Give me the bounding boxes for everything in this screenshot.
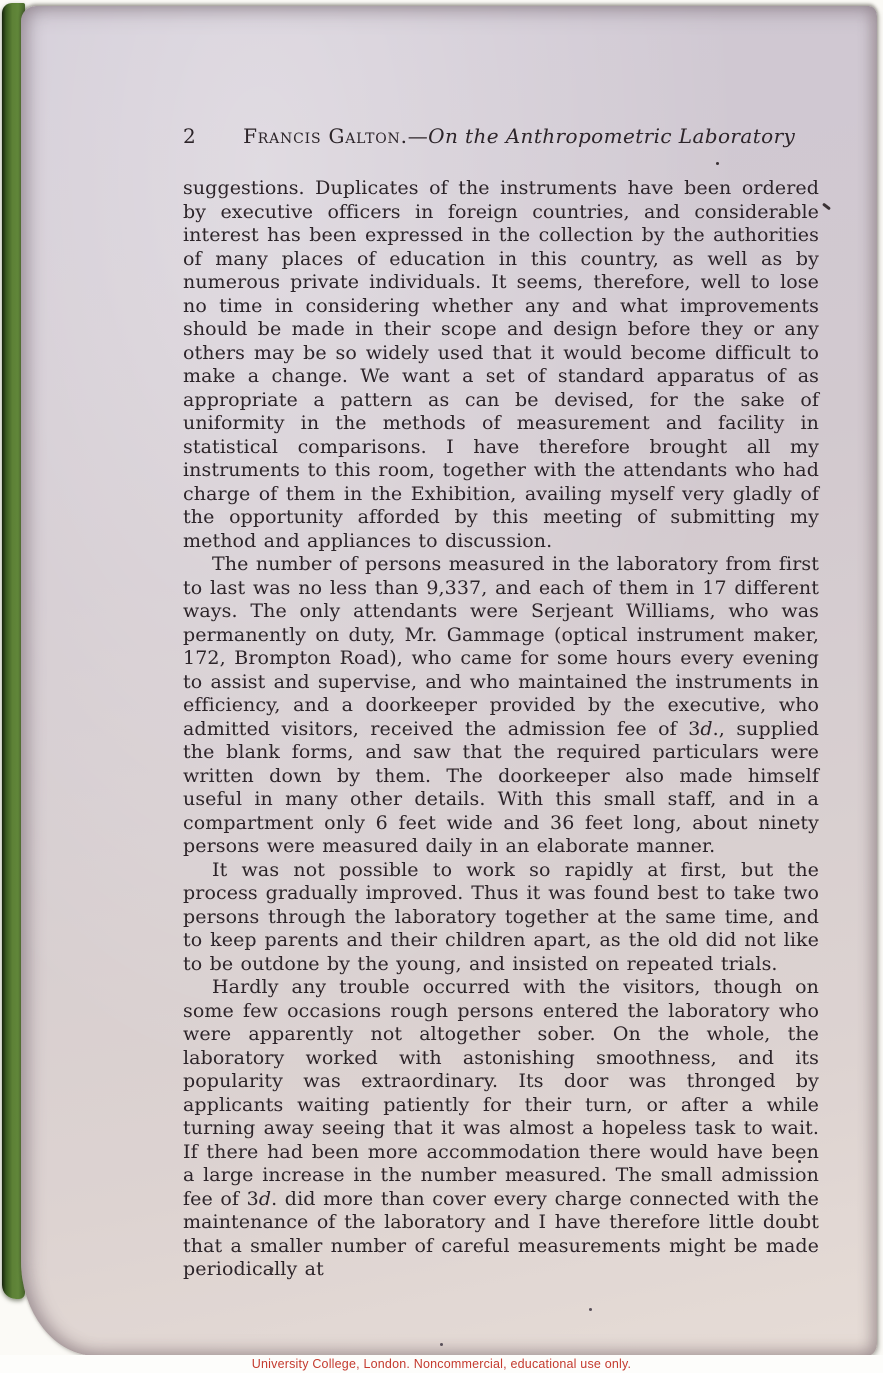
text-segment: . did more than cover every charge conne… [183, 1188, 819, 1281]
text-segment: Hardly any trouble occurred with the vis… [183, 976, 819, 1210]
running-head-dash: — [408, 124, 428, 148]
text-segment: It was not possible to work so rapidly a… [183, 859, 819, 975]
printed-text-block: 2 Francis Galton.—On the Anthropometric … [183, 124, 819, 1282]
paragraph: suggestions. Duplicates of the instrumen… [183, 177, 819, 553]
italic-text-segment: d [700, 718, 712, 740]
paragraph: The number of persons measured in the la… [183, 553, 819, 859]
ink-speck [589, 1308, 592, 1311]
text-segment: suggestions. Duplicates of the instrumen… [183, 177, 819, 552]
ink-speck [798, 1160, 801, 1163]
running-head-title: On the Anthropometric Laboratory [428, 124, 795, 148]
book-page: 2 Francis Galton.—On the Anthropometric … [21, 6, 877, 1356]
ink-speck [822, 203, 831, 211]
paragraph: It was not possible to work so rapidly a… [183, 859, 819, 977]
copyright-caption: University College, London. Noncommercia… [252, 1357, 631, 1371]
ink-speck [440, 1343, 443, 1346]
running-head: 2 Francis Galton.—On the Anthropometric … [183, 124, 819, 148]
text-segment: The number of persons measured in the la… [183, 553, 819, 740]
scanner-footer-strip: University College, London. Noncommercia… [0, 1355, 883, 1373]
italic-text-segment: d [259, 1188, 271, 1210]
page-number: 2 [183, 124, 196, 148]
running-head-author: Francis Galton. [243, 124, 408, 148]
scanned-book-photo: 2 Francis Galton.—On the Anthropometric … [0, 0, 883, 1373]
article-body: suggestions. Duplicates of the instrumen… [183, 177, 819, 1282]
paragraph: Hardly any trouble occurred with the vis… [183, 976, 819, 1282]
ink-speck [716, 162, 719, 165]
